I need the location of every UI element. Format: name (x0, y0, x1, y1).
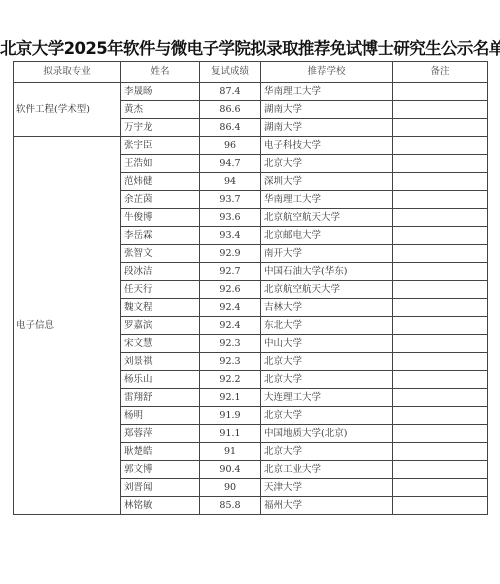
note-cell (393, 83, 488, 101)
name-cell: 段冰洁 (121, 263, 200, 281)
note-cell (393, 353, 488, 371)
name-cell: 宋文慧 (121, 335, 200, 353)
school-cell: 吉林大学 (261, 299, 393, 317)
name-cell: 范炜健 (121, 173, 200, 191)
school-cell: 中国石油大学(华东) (261, 263, 393, 281)
school-cell: 中国地质大学(北京) (261, 425, 393, 443)
school-cell: 北京航空航天大学 (261, 209, 393, 227)
name-cell: 王浩如 (121, 155, 200, 173)
score-cell: 92.1 (200, 389, 261, 407)
name-cell: 郭文博 (121, 461, 200, 479)
header-school: 推荐学校 (261, 62, 393, 83)
school-cell: 北京大学 (261, 155, 393, 173)
name-cell: 李晟旸 (121, 83, 200, 101)
name-cell: 郑蓉萍 (121, 425, 200, 443)
score-cell: 91.9 (200, 407, 261, 425)
school-cell: 北京大学 (261, 443, 393, 461)
name-cell: 任天行 (121, 281, 200, 299)
score-cell: 94.7 (200, 155, 261, 173)
note-cell (393, 155, 488, 173)
school-cell: 北京大学 (261, 407, 393, 425)
note-cell (393, 371, 488, 389)
score-cell: 86.6 (200, 101, 261, 119)
name-cell: 耿楚皓 (121, 443, 200, 461)
header-name: 姓名 (121, 62, 200, 83)
name-cell: 魏文程 (121, 299, 200, 317)
note-cell (393, 245, 488, 263)
score-cell: 92.3 (200, 335, 261, 353)
school-cell: 大连理工大学 (261, 389, 393, 407)
name-cell: 余芷茵 (121, 191, 200, 209)
admission-table: 拟录取专业 姓名 复试成绩 推荐学校 备注 软件工程(学术型)李晟旸87.4华南… (13, 61, 488, 515)
note-cell (393, 227, 488, 245)
note-cell (393, 137, 488, 155)
name-cell: 牛俊博 (121, 209, 200, 227)
note-cell (393, 479, 488, 497)
table-row: 电子信息张宇臣96电子科技大学 (14, 137, 488, 155)
score-cell: 87.4 (200, 83, 261, 101)
score-cell: 86.4 (200, 119, 261, 137)
school-cell: 福州大学 (261, 497, 393, 515)
major-cell: 软件工程(学术型) (14, 83, 121, 137)
note-cell (393, 299, 488, 317)
school-cell: 北京大学 (261, 353, 393, 371)
note-cell (393, 209, 488, 227)
score-cell: 92.3 (200, 353, 261, 371)
name-cell: 刘景祺 (121, 353, 200, 371)
score-cell: 92.9 (200, 245, 261, 263)
note-cell (393, 173, 488, 191)
name-cell: 张宇臣 (121, 137, 200, 155)
note-cell (393, 443, 488, 461)
score-cell: 92.4 (200, 317, 261, 335)
name-cell: 林铭敏 (121, 497, 200, 515)
name-cell: 刘晋闻 (121, 479, 200, 497)
score-cell: 94 (200, 173, 261, 191)
name-cell: 黄杰 (121, 101, 200, 119)
name-cell: 罗嘉滨 (121, 317, 200, 335)
score-cell: 92.2 (200, 371, 261, 389)
score-cell: 90 (200, 479, 261, 497)
school-cell: 天津大学 (261, 479, 393, 497)
school-cell: 中山大学 (261, 335, 393, 353)
school-cell: 北京工业大学 (261, 461, 393, 479)
school-cell: 湖南大学 (261, 101, 393, 119)
school-cell: 电子科技大学 (261, 137, 393, 155)
table-body: 软件工程(学术型)李晟旸87.4华南理工大学黄杰86.6湖南大学万宇龙86.4湖… (14, 83, 488, 515)
note-cell (393, 317, 488, 335)
score-cell: 93.6 (200, 209, 261, 227)
name-cell: 雷翔舒 (121, 389, 200, 407)
school-cell: 北京航空航天大学 (261, 281, 393, 299)
note-cell (393, 119, 488, 137)
note-cell (393, 335, 488, 353)
name-cell: 杨乐山 (121, 371, 200, 389)
school-cell: 北京大学 (261, 371, 393, 389)
name-cell: 李岳霖 (121, 227, 200, 245)
school-cell: 南开大学 (261, 245, 393, 263)
school-cell: 华南理工大学 (261, 191, 393, 209)
score-cell: 96 (200, 137, 261, 155)
score-cell: 91.1 (200, 425, 261, 443)
note-cell (393, 389, 488, 407)
school-cell: 华南理工大学 (261, 83, 393, 101)
note-cell (393, 461, 488, 479)
score-cell: 90.4 (200, 461, 261, 479)
major-cell: 电子信息 (14, 137, 121, 515)
header-major: 拟录取专业 (14, 62, 121, 83)
name-cell: 张智文 (121, 245, 200, 263)
school-cell: 湖南大学 (261, 119, 393, 137)
page-title: 北京大学2025年软件与微电子学院拟录取推荐免试博士研究生公示名单 (0, 35, 500, 59)
name-cell: 万宇龙 (121, 119, 200, 137)
note-cell (393, 191, 488, 209)
score-cell: 93.7 (200, 191, 261, 209)
name-cell: 杨明 (121, 407, 200, 425)
score-cell: 92.7 (200, 263, 261, 281)
school-cell: 东北大学 (261, 317, 393, 335)
header-score: 复试成绩 (200, 62, 261, 83)
table-row: 软件工程(学术型)李晟旸87.4华南理工大学 (14, 83, 488, 101)
score-cell: 92.4 (200, 299, 261, 317)
note-cell (393, 497, 488, 515)
score-cell: 91 (200, 443, 261, 461)
score-cell: 93.4 (200, 227, 261, 245)
school-cell: 深圳大学 (261, 173, 393, 191)
score-cell: 85.8 (200, 497, 261, 515)
score-cell: 92.6 (200, 281, 261, 299)
table-header-row: 拟录取专业 姓名 复试成绩 推荐学校 备注 (14, 62, 488, 83)
note-cell (393, 281, 488, 299)
note-cell (393, 101, 488, 119)
note-cell (393, 263, 488, 281)
school-cell: 北京邮电大学 (261, 227, 393, 245)
header-note: 备注 (393, 62, 488, 83)
note-cell (393, 407, 488, 425)
note-cell (393, 425, 488, 443)
